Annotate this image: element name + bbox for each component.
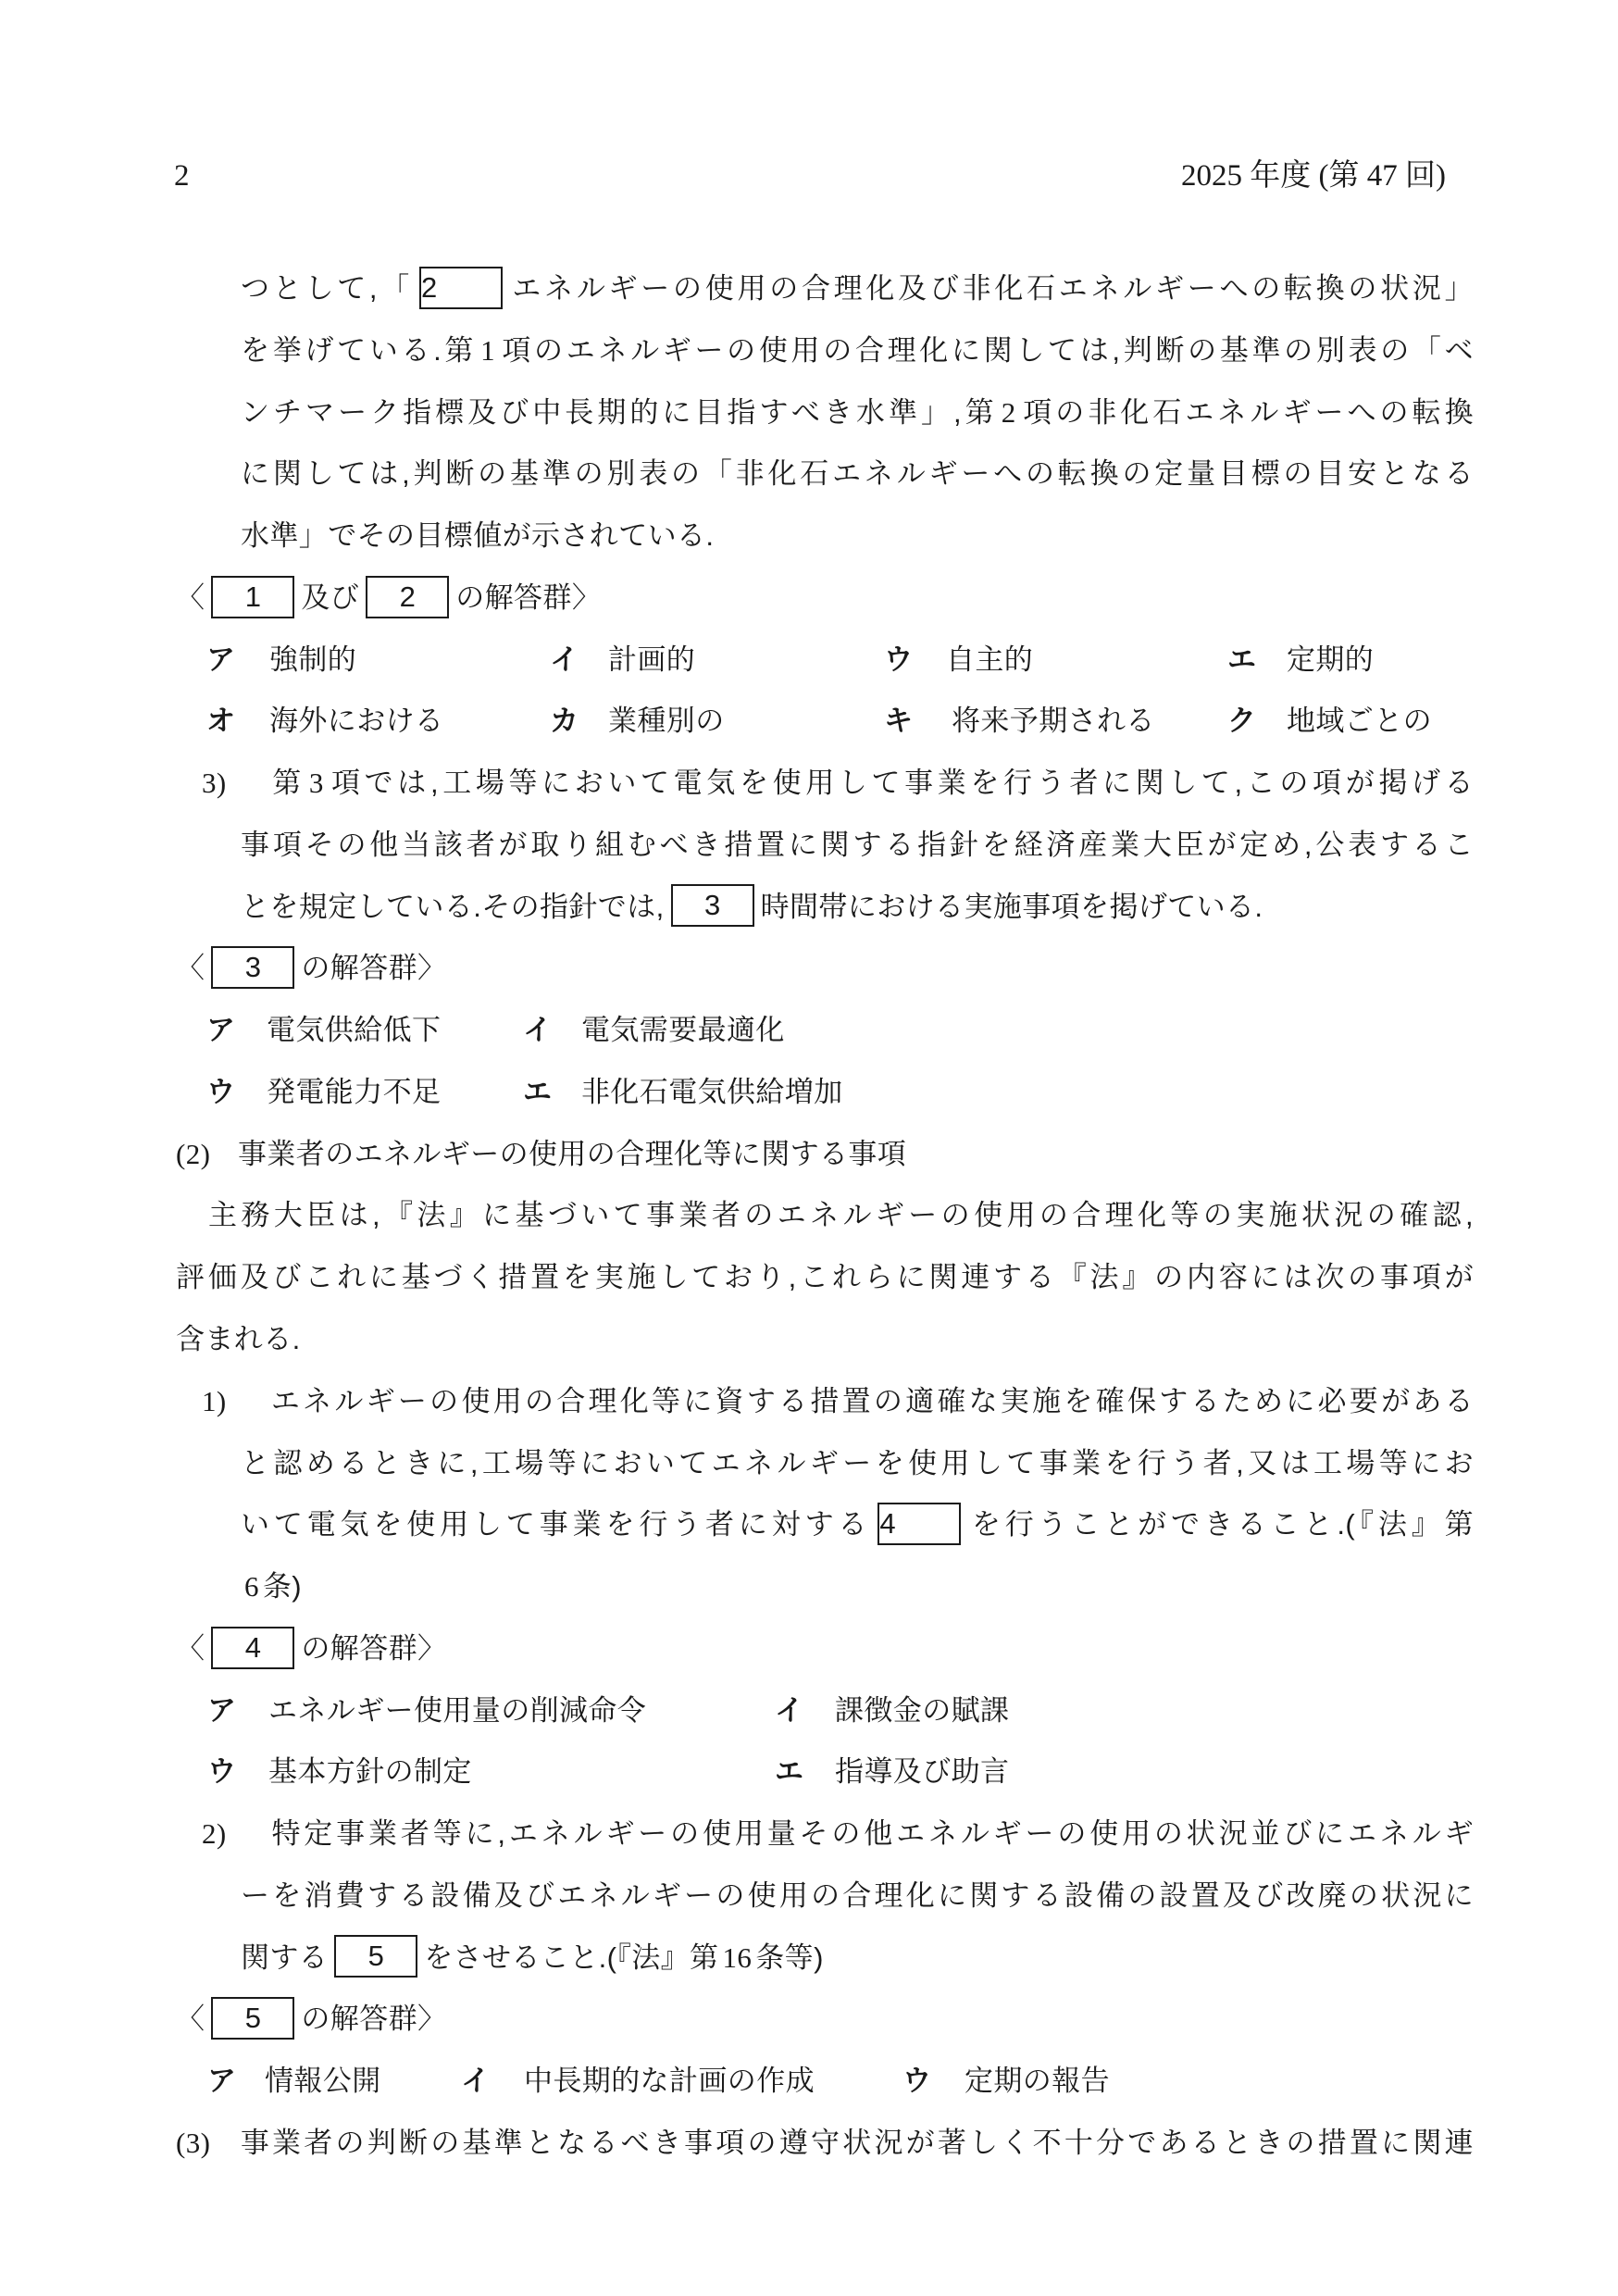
answer-blank-box-2: 2 — [366, 576, 449, 618]
text-segment: 定期の報告 — [965, 2051, 1110, 2113]
text-segment: いて電気を使用して事業を行う者に対する — [241, 1508, 871, 1541]
choice-label: エ — [523, 1062, 552, 1124]
text-segment: ーを消費する設備及びエネルギーの使用の合理化に関する設備の設置及び改廃の状況に — [241, 1879, 1474, 1912]
text-segment: 発電能力不足 — [267, 1062, 441, 1124]
answer-group-heading: 〈3の解答群〉 — [176, 938, 1474, 1000]
choice-label: ク — [1227, 691, 1256, 753]
choice-row: ア情報公開イ中長期的な計画の作成ウ定期の報告 — [176, 2051, 1474, 2113]
numbered-item-line: 3)第3項では,工場等において電気を使用して事業を行う者に関して,この項が掲げる — [202, 753, 1474, 815]
text-segment: 電気供給低下 — [267, 1000, 441, 1062]
item-marker: (3) — [176, 2113, 238, 2175]
text-segment: 将来予期される — [952, 691, 1155, 753]
answer-group-heading: 〈5の解答群〉 — [176, 1989, 1474, 2051]
numbered-item-line: 2)特定事業者等に,エネルギーの使用量その他エネルギーの使用の状況並びにエネルギ — [202, 1803, 1474, 1865]
choice-row: アエネルギー使用量の削減命令イ課徴金の賦課 — [176, 1680, 1474, 1742]
text-segment: 事業者の判断の基準となるべき事項の遵守状況が著しく不十分であるときの措置に関連 — [238, 2127, 1474, 2159]
item-marker: 1) — [202, 1371, 268, 1433]
text-segment: の解答群〉 — [301, 2003, 446, 2035]
choice-row: ア電気供給低下イ電気需要最適化 — [176, 1000, 1474, 1062]
paragraph-line: 6条) — [241, 1556, 1474, 1618]
paragraph-line: 水準」でその目標値が示されている. — [241, 505, 1474, 568]
choice-label: ウ — [206, 1062, 235, 1124]
paragraph-line: 主務大臣は,『法』に基づいて事業者のエネルギーの使用の合理化等の実施状況の確認, — [208, 1185, 1474, 1247]
text-segment: 海外における — [269, 691, 443, 753]
text-segment: エネルギー使用量の削減命令 — [268, 1680, 646, 1742]
text-segment: の解答群〉 — [455, 581, 601, 614]
choice-label: イ — [775, 1680, 803, 1742]
text-segment: 〈 — [176, 581, 205, 614]
choice-label: ア — [207, 2051, 236, 2113]
choice-label: エ — [775, 1741, 803, 1803]
page-number: 2 — [174, 161, 190, 192]
answer-blank-box-2: 2 — [419, 267, 503, 309]
text-segment: 業種別の — [608, 691, 725, 753]
choice-row: ウ基本方針の制定エ指導及び助言 — [176, 1741, 1474, 1803]
text-segment: 非化石電気供給増加 — [581, 1062, 843, 1124]
choice-row: オ海外におけるカ業種別のキ将来予期されるク地域ごとの — [176, 691, 1474, 753]
text-segment: を行うことができること.(『法』第 — [967, 1508, 1474, 1541]
text-segment: 水準」でその目標値が示されている. — [241, 519, 714, 552]
text-segment: 中長期的な計画の作成 — [524, 2051, 815, 2113]
choice-label: ウ — [884, 630, 913, 692]
inline-number: 3 — [305, 767, 328, 799]
paragraph-line: 評価及びこれに基づく措置を実施しており,これらに関連する『法』の内容には次の事項… — [176, 1247, 1474, 1309]
paragraph-line: とを規定している.その指針では,3時間帯における実施事項を掲げている. — [241, 877, 1474, 939]
choice-label: ウ — [902, 2051, 931, 2113]
text-segment: 指導及び助言 — [835, 1741, 1009, 1803]
paragraph-line: ンチマーク指標及び中長期的に目指すべき水準」,第2項の非化石エネルギーへの転換 — [241, 382, 1474, 444]
choice-label: イ — [461, 2051, 490, 2113]
text-segment: 第 — [268, 767, 305, 799]
choice-label: オ — [206, 691, 235, 753]
text-segment: 事業者のエネルギーの使用の合理化等に関する事項 — [238, 1138, 906, 1170]
text-segment: とを規定している.その指針では, — [241, 891, 665, 923]
answer-group-heading: 〈4の解答群〉 — [176, 1618, 1474, 1680]
header-edition: 2025 年度 (第 47 回) — [1181, 161, 1446, 192]
paragraph-line: に関しては,判断の基準の別表の「非化石エネルギーへの転換の定量目標の目安となる — [241, 443, 1474, 505]
text-segment: 特定事業者等に,エネルギーの使用量その他エネルギーの使用の状況並びにエネルギ — [268, 1817, 1474, 1850]
text-segment: 情報公開 — [265, 2051, 381, 2113]
inline-number: 16 — [718, 1941, 755, 1974]
section-item-line: (2)事業者のエネルギーの使用の合理化等に関する事項 — [176, 1124, 1474, 1186]
inline-number: 2 — [998, 396, 1020, 429]
inline-number: 6 — [241, 1570, 263, 1603]
item-marker: (2) — [176, 1124, 238, 1186]
text-segment: 事項その他当該者が取り組むべき措置に関する指針を経済産業大臣が定め,公表するこ — [241, 829, 1474, 861]
choice-label: ア — [207, 1680, 236, 1742]
text-segment: 定期的 — [1287, 630, 1374, 692]
text-segment: 主務大臣は,『法』に基づいて事業者のエネルギーの使用の合理化等の実施状況の確認, — [208, 1199, 1474, 1231]
paragraph-line: と認めるときに,工場等においてエネルギーを使用して事業を行う者,又は工場等にお — [241, 1433, 1474, 1495]
text-segment: つとして,「 — [241, 272, 413, 305]
text-segment: の解答群〉 — [301, 1632, 446, 1665]
paragraph-line: 関する5をさせること.(『法』第16条等) — [241, 1928, 1474, 1990]
text-segment: 〈 — [176, 1632, 205, 1665]
answer-blank-box-5: 5 — [334, 1935, 417, 1978]
answer-blank-box-1: 1 — [211, 576, 294, 618]
text-segment: 関する — [241, 1941, 328, 1974]
text-segment: 地域ごとの — [1287, 691, 1432, 753]
page-header: 2 2025 年度 (第 47 回) — [174, 161, 1446, 192]
choice-label: キ — [884, 691, 913, 753]
text-segment: エネルギーの使用の合理化等に資する措置の適確な実施を確保するために必要がある — [268, 1385, 1474, 1417]
answer-blank-box-3: 3 — [211, 946, 294, 989]
paragraph-line: 含まれる. — [176, 1309, 1474, 1371]
text-segment: 強制的 — [269, 630, 356, 692]
choice-label: カ — [550, 691, 579, 753]
choice-label: エ — [1227, 630, 1256, 692]
text-segment: の解答群〉 — [301, 952, 446, 984]
text-segment: 評価及びこれに基づく措置を実施しており,これらに関連する『法』の内容には次の事項… — [176, 1261, 1474, 1293]
answer-blank-box-4: 4 — [877, 1503, 961, 1545]
choice-label: ア — [206, 1000, 235, 1062]
text-segment: 自主的 — [946, 630, 1033, 692]
item-marker: 3) — [202, 753, 268, 815]
text-segment: 〈 — [176, 952, 205, 984]
text-segment: と認めるときに,工場等においてエネルギーを使用して事業を行う者,又は工場等にお — [241, 1447, 1474, 1479]
item-marker: 2) — [202, 1803, 268, 1865]
text-segment: を挙げている.第 — [241, 334, 477, 367]
answer-blank-box-5: 5 — [211, 1997, 294, 2040]
paragraph-line: いて電気を使用して事業を行う者に対する4を行うことができること.(『法』第 — [241, 1494, 1474, 1556]
text-segment: 時間帯における実施事項を掲げている. — [761, 891, 1263, 923]
document-body: つとして,「2エネルギーの使用の合理化及び非化石エネルギーへの転換の状況」を挙げ… — [176, 258, 1474, 2175]
choice-row: ア強制的イ計画的ウ自主的エ定期的 — [176, 630, 1474, 692]
text-segment: 基本方針の制定 — [268, 1741, 472, 1803]
text-segment: 及び — [301, 581, 359, 614]
exam-page: 2 2025 年度 (第 47 回) つとして,「2エネルギーの使用の合理化及び… — [0, 0, 1618, 2296]
text-segment: 項の非化石エネルギーへの転換 — [1020, 396, 1474, 429]
paragraph-line: ーを消費する設備及びエネルギーの使用の合理化に関する設備の設置及び改廃の状況に — [241, 1865, 1474, 1928]
choice-label: イ — [550, 630, 579, 692]
text-segment: 含まれる. — [176, 1323, 301, 1355]
answer-group-heading: 〈1及び2の解答群〉 — [176, 568, 1474, 630]
text-segment: ンチマーク指標及び中長期的に目指すべき水準」,第 — [241, 396, 998, 429]
choice-label: ウ — [207, 1741, 236, 1803]
text-segment: 課徴金の賦課 — [835, 1680, 1009, 1742]
paragraph-line: 事項その他当該者が取り組むべき措置に関する指針を経済産業大臣が定め,公表するこ — [241, 815, 1474, 877]
text-segment: に関しては,判断の基準の別表の「非化石エネルギーへの転換の定量目標の目安となる — [241, 457, 1474, 490]
text-segment: 条) — [263, 1570, 302, 1603]
choice-label: イ — [523, 1000, 552, 1062]
section-item-line: (3)事業者の判断の基準となるべき事項の遵守状況が著しく不十分であるときの措置に… — [176, 2113, 1474, 2175]
paragraph-line: つとして,「2エネルギーの使用の合理化及び非化石エネルギーへの転換の状況」 — [241, 258, 1474, 320]
answer-blank-box-3: 3 — [671, 884, 754, 927]
text-segment: 条等) — [755, 1941, 824, 1974]
text-segment: をさせること.(『法』第 — [424, 1941, 718, 1974]
text-segment: 項では,工場等において電気を使用して事業を行う者に関して,この項が掲げる — [328, 767, 1474, 799]
text-segment: 計画的 — [608, 630, 695, 692]
inline-number: 1 — [477, 334, 499, 367]
text-segment: 項のエネルギーの使用の合理化に関しては,判断の基準の別表の「ベ — [499, 334, 1474, 367]
text-segment: エネルギーの使用の合理化及び非化石エネルギーへの転換の状況」 — [509, 272, 1474, 305]
numbered-item-line: 1)エネルギーの使用の合理化等に資する措置の適確な実施を確保するために必要がある — [202, 1371, 1474, 1433]
paragraph-line: を挙げている.第1項のエネルギーの使用の合理化に関しては,判断の基準の別表の「ベ — [241, 320, 1474, 382]
text-segment: 〈 — [176, 2003, 205, 2035]
text-segment: 電気需要最適化 — [581, 1000, 785, 1062]
choice-label: ア — [206, 630, 235, 692]
answer-blank-box-4: 4 — [211, 1627, 294, 1669]
choice-row: ウ発電能力不足エ非化石電気供給増加 — [176, 1062, 1474, 1124]
